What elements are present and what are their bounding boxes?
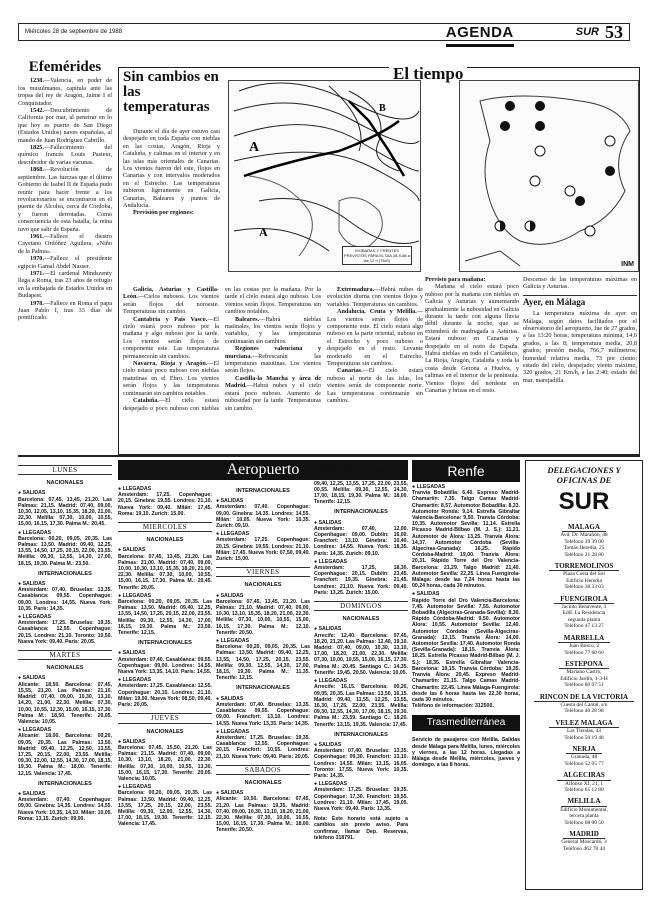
schedule-day-heading: LUNES bbox=[18, 465, 112, 475]
schedule-times: Barcelona: 00,20, 09,05, 20,35. Las Palm… bbox=[18, 536, 112, 567]
aeropuerto-column-3: INTERNACIONALESSALIDASAmsterdam: 07,40. … bbox=[216, 484, 310, 834]
office-city: VELEZ MALAGA bbox=[549, 720, 618, 728]
region-name: Canarias. bbox=[337, 367, 363, 374]
tomorrow-text: Mañana el cielo estará poco nuboso por l… bbox=[425, 283, 519, 394]
schedule-category: INTERNACIONALES bbox=[314, 732, 408, 738]
schedule-category: INTERNACIONALES bbox=[18, 571, 112, 577]
schedule-category: NACIONALES bbox=[118, 729, 212, 735]
region-name: Regiones valenciana y murciana. bbox=[225, 345, 321, 359]
renfe-title: Renfe bbox=[412, 460, 520, 482]
schedule-times: Barcelona: 07,45, 13,45, 21,20. Las Palm… bbox=[118, 554, 212, 591]
region-forecast: Castilla-la Mancha y área de Madrid.—Hab… bbox=[225, 375, 321, 412]
weather-intro-text: Durante el día de ayer estuvo casi despe… bbox=[123, 128, 220, 209]
page-header: Miércoles 28 de septiembre de 1988 AGEND… bbox=[18, 23, 630, 41]
aeropuerto-column-4: LLEGADASAlicante: 18,00. Barcelona: 09,2… bbox=[314, 460, 408, 841]
section-divider bbox=[18, 455, 640, 457]
schedule-times: Amsterdam: 17,25, 18,30. Copenhague: 20,… bbox=[314, 565, 408, 596]
issue-date: Miércoles 28 de septiembre de 1988 bbox=[25, 29, 446, 35]
schedule-category: INTERNACIONALES bbox=[216, 685, 310, 691]
efemeride-entry: 1542.—Descubrimiento de California por m… bbox=[18, 107, 112, 144]
schedule-times: Amsterdam: 17,25. Copenhague: 20,15. Gin… bbox=[216, 537, 310, 562]
svg-text:B: B bbox=[379, 103, 386, 114]
schedule-times: Barcelona: 00,20, 09,05, 20,35. Las Palm… bbox=[216, 644, 310, 681]
region-name: Extremadura. bbox=[337, 286, 374, 293]
region-name: Castilla-la Mancha y área de Madrid. bbox=[225, 375, 321, 389]
forecast-map: INM bbox=[459, 80, 639, 272]
office-entry: FUENGIROLAJacinto Benavente, 3Edif. La R… bbox=[530, 591, 638, 630]
efemeride-year: 1971. bbox=[30, 270, 44, 277]
schedule-category: INTERNACIONALES bbox=[118, 640, 212, 646]
schedule-category: INTERNACIONALES bbox=[314, 509, 408, 515]
aeropuerto-column-2: LLEGADASAmsterdam: 17,25. Copenhague: 20… bbox=[118, 484, 212, 828]
ayer-title: Ayer, en Málaga bbox=[523, 295, 637, 306]
schedule-times: Amsterdam: 17,25. Copenhague: 20,15. Gin… bbox=[118, 492, 212, 517]
offices-list: MALAGAAvd. Dr. Marañón, 48Teléfono 39 39… bbox=[530, 519, 638, 852]
office-line: Teléfono 462 70 44 bbox=[530, 846, 638, 852]
schedule-times: Arrecife: 12,40. Barcelona: 07,45, 18,20… bbox=[314, 633, 408, 676]
spain-forecast-map-icon bbox=[460, 81, 639, 272]
efemerides-column: Efemérides 1238.—Valencia, en poder de l… bbox=[18, 60, 112, 322]
schedule-category: NACIONALES bbox=[118, 537, 212, 543]
aeropuerto-column-1: LUNESNACIONALESSALIDASBarcelona: 07,45, … bbox=[18, 460, 112, 822]
schedule-category: NACIONALES bbox=[216, 582, 310, 588]
regional-forecast: Galicia, Asturias y Castilla-León.—Cielo… bbox=[123, 286, 423, 451]
schedule-times: Amsterdam: 17,25. Bruselas: 19,35. Casab… bbox=[216, 735, 310, 760]
schedule-note: Nota: Este horario está sujeto a cambios… bbox=[314, 816, 408, 841]
newspaper-logo: SUR bbox=[576, 26, 599, 38]
schedule-times: Barcelona: 00,20, 09,05, 20,35. Las Palm… bbox=[118, 790, 212, 827]
map-caption: ISOBARAS Y FRENTES PREVISTOS PARA EL DIA… bbox=[342, 246, 412, 265]
svg-text:A: A bbox=[249, 140, 260, 155]
office-city: MARBELLA bbox=[558, 635, 610, 643]
isobar-map: A A B ISOBARAS Y FRENTES PREVISTOS PARA … bbox=[228, 80, 421, 272]
office-entry: MADRIDGeneral Moscardó, 3Teléfono 462 70… bbox=[530, 826, 638, 852]
office-city: TORREMOLINOS bbox=[549, 563, 620, 571]
region-name: Navarra, Rioja y Aragón. bbox=[133, 360, 207, 367]
office-city: MALAGA bbox=[562, 524, 606, 532]
schedule-category: NACIONALES bbox=[216, 780, 310, 786]
efemeride-year: 1961. bbox=[30, 233, 44, 240]
schedule-times: Amsterdam: 07,40. Copenhague: 09,00. Gin… bbox=[216, 504, 310, 529]
forecast-label: Previsión por regiones: bbox=[133, 209, 194, 216]
schedule-times: Amsterdam: 07,40. Bruselas: 13,35. Casab… bbox=[18, 587, 112, 612]
page-number: 53 bbox=[605, 22, 623, 43]
office-city: MADRID bbox=[563, 831, 605, 839]
inm-credit-logo: INM bbox=[621, 261, 634, 268]
office-city: NERJA bbox=[566, 746, 601, 754]
trasmediterranea-text: Servicio de pasajeros con Melilla. Salid… bbox=[412, 737, 520, 768]
efemeride-year: 1542. bbox=[30, 107, 44, 114]
schedule-times: Barcelona: 07,45, 15,50, 21,20. Las Palm… bbox=[118, 745, 212, 782]
delegaciones-heading: DELEGACIONES Y OFICINAS DE bbox=[530, 465, 638, 485]
schedule-times: Barcelona: 07,45, 13,45, 21,20. Las Palm… bbox=[18, 497, 112, 528]
region-forecast: Regiones valenciana y murciana.—Refresca… bbox=[225, 345, 321, 375]
efemeride-year: 1978. bbox=[30, 300, 44, 307]
office-city: RINCON DE LA VICTORIA bbox=[534, 694, 634, 702]
efemeride-year: 1238. bbox=[30, 77, 44, 84]
weather-headline: Sin cambios en las temperaturas bbox=[123, 70, 223, 115]
efemeride-entry: 1970.—Fallece el presidente egipcio Gama… bbox=[18, 255, 112, 270]
schedule-day-heading: SABADOS bbox=[216, 765, 310, 775]
office-city: ALGECIRAS bbox=[557, 772, 611, 780]
schedule-times: Amsterdam: 17,25. Bruselas: 19,35. Casab… bbox=[18, 620, 112, 645]
region-forecast: Navarra, Rioja y Aragón.—El cielo estará… bbox=[123, 360, 219, 397]
office-entry: ALGECIRASAlfonso XI, 21, 1Teléfono 65 12… bbox=[530, 767, 638, 793]
region-name: Galicia, Asturias y Castilla-León. bbox=[123, 286, 219, 300]
renfe-salidas: Rápido Torre del Oro Valencia-Barcelona:… bbox=[412, 598, 520, 703]
isobar-map-icon: A A B bbox=[229, 81, 421, 272]
efemerides-title: Efemérides bbox=[18, 64, 112, 71]
schedule-category: NACIONALES bbox=[314, 616, 408, 622]
region-name: Cantabria y País Vasco. bbox=[133, 316, 207, 323]
ayer-malaga: Descenso de las temperaturas máximas en … bbox=[523, 276, 637, 384]
efemerides-list: 1238.—Valencia, en poder de los musulman… bbox=[18, 77, 112, 321]
efemeride-entry: 1825.—Fallecimiento del químico francés … bbox=[18, 144, 112, 166]
schedule-times: Amsterdam: 07,40. Copenhague: 09,00. Gin… bbox=[18, 797, 112, 822]
office-entry: VELEZ MALAGALas Tiendas, 43Teléfono 50 1… bbox=[530, 715, 638, 741]
office-entry: ESTEPONAMariano Castro,Edificio Jardín, … bbox=[530, 656, 638, 689]
weather-intro: Durante el día de ayer estuvo casi despe… bbox=[123, 128, 220, 217]
office-city: ESTEPONA bbox=[559, 661, 609, 669]
office-entry: MALAGAAvd. Dr. Marañón, 48Teléfono 39 39… bbox=[530, 519, 638, 558]
office-entry: NERJAGranada, 48Teléfono 52 05 77 bbox=[530, 741, 638, 767]
schedule-times: Alicante: 18,00. Barcelona: 00,20, 09,05… bbox=[18, 733, 112, 776]
renfe-info: Teléfono de información: 312500. bbox=[412, 703, 520, 709]
region-forecast: Andalucía, Ceuta y Melilla.—Los vientos … bbox=[327, 308, 423, 367]
region-name: Cataluña. bbox=[133, 397, 159, 404]
schedule-times: Barcelona: 07,45, 13,45, 21,20. Las Palm… bbox=[216, 599, 310, 636]
schedule-times: Barcelona: 00,20, 09,05, 20,35. Las Palm… bbox=[118, 599, 212, 636]
renfe-llegadas: Tranvía Bobadilla: 6,40. Expreso Madrid-… bbox=[412, 490, 520, 589]
region-name: Andalucía, Ceuta y Melilla. bbox=[337, 308, 417, 315]
tomorrow-label: Previsto para mañana: bbox=[425, 276, 485, 283]
trend-text: Descenso de las temperaturas máximas en … bbox=[523, 276, 637, 291]
schedule-category: INTERNACIONALES bbox=[18, 781, 112, 787]
efemeride-entry: 1978.—Fallece en Roma el papa Juan Pablo… bbox=[18, 300, 112, 322]
svg-text:A: A bbox=[259, 225, 268, 239]
efemeride-entry: 1868.—Revolución de septiembre. Las fuer… bbox=[18, 166, 112, 233]
efemeride-entry: 1971.—El cardenal Mindszenty llega a Rom… bbox=[18, 270, 112, 300]
office-entry: MARBELLAJuan Bosco, 2Teléfono 77 60 60 bbox=[530, 630, 638, 656]
schedule-times: Amsterdam: 07,40. Casablanca: 09,55. Cop… bbox=[118, 657, 212, 676]
schedule-category: NACIONALES bbox=[18, 665, 112, 671]
region-forecast: Extremadura.—Habrá nubes de evolución di… bbox=[327, 286, 423, 308]
schedule-times: Alicante: 18,00. Barcelona: 09,20, 20,35… bbox=[314, 468, 408, 505]
office-entry: MELILLAEdificio Monumental,tercera plant… bbox=[530, 793, 638, 826]
schedule-day-heading: JUEVES bbox=[118, 713, 212, 723]
delegaciones-box: DELEGACIONES Y OFICINAS DE SUR MALAGAAvd… bbox=[525, 460, 643, 890]
schedule-day-heading: DOMINGOS bbox=[314, 601, 408, 611]
schedule-times: Amsterdam: 07,40. Bruselas: 13,35. Copen… bbox=[314, 748, 408, 779]
region-forecast: Canarias.—El cielo estará nuboso al nort… bbox=[327, 367, 423, 404]
efemeride-year: 1825. bbox=[30, 144, 44, 151]
trasmediterranea-title: Trasmediterránea bbox=[412, 715, 520, 731]
efemeride-entry: 1961.—Fallece el diestro Cayetano Ordóñe… bbox=[18, 233, 112, 255]
region-name: Baleares. bbox=[235, 316, 259, 323]
office-city: MELILLA bbox=[561, 798, 606, 806]
schedule-times: Arrecife: 16,15. Barcelona: 00,20, 09,05… bbox=[314, 684, 408, 727]
ayer-text: La temperatura máxima de ayer en Málaga,… bbox=[523, 310, 637, 384]
section-title: AGENDA bbox=[446, 24, 514, 41]
region-forecast: Galicia, Asturias y Castilla-León.—Cielo… bbox=[123, 286, 219, 316]
sur-logo: SUR bbox=[530, 487, 638, 517]
office-entry: TORREMOLINOSPlaza Costa del SolEdificio … bbox=[530, 558, 638, 591]
schedule-times: Amsterdam: 07,40, 12,00. Copenhague: 09,… bbox=[314, 526, 408, 557]
office-city: FUENGIROLA bbox=[554, 596, 613, 604]
schedule-times: Amsterdam: 17,25. Casablanca: 12,55. Cop… bbox=[118, 683, 212, 708]
schedule-category: NACIONALES bbox=[18, 480, 112, 486]
office-entry: RINCON DE LA VICTORIACuesta del Cantal, … bbox=[530, 689, 638, 715]
schedule-times: Alicante: 18,50. Barcelona: 07,45, 15,55… bbox=[18, 682, 112, 725]
schedule-times: Amsterdam: 17,25. Bruselas: 19,35. Copen… bbox=[314, 787, 408, 812]
schedule-day-heading: VIERNES bbox=[216, 567, 310, 577]
renfe-column: Renfe LLEGADAS Tranvía Bobadilla: 6,40. … bbox=[412, 460, 520, 768]
tomorrow-forecast: Previsto para mañana: Mañana el cielo es… bbox=[425, 276, 519, 395]
efemeride-year: 1868. bbox=[30, 166, 44, 173]
schedule-day-heading: MARTES bbox=[18, 650, 112, 660]
schedule-times: Alicante: 10,50. Barcelona: 07,45, 21,20… bbox=[216, 796, 310, 833]
weather-box: El tiempo Sin cambios en las temperatura… bbox=[118, 67, 640, 455]
schedule-day-heading: MIERCOLES bbox=[118, 522, 212, 532]
efemeride-entry: 1238.—Valencia, en poder de los musulman… bbox=[18, 77, 112, 107]
schedule-category: INTERNACIONALES bbox=[216, 488, 310, 494]
region-forecast: Baleares.—Habrá nieblas matinales, los v… bbox=[225, 316, 321, 346]
region-forecast: Cantabria y País Vasco.—El cielo estará … bbox=[123, 316, 219, 360]
schedule-times: Amsterdam: 07,40. Bruselas: 13,35. Casab… bbox=[216, 702, 310, 727]
efemeride-year: 1970. bbox=[30, 255, 44, 262]
